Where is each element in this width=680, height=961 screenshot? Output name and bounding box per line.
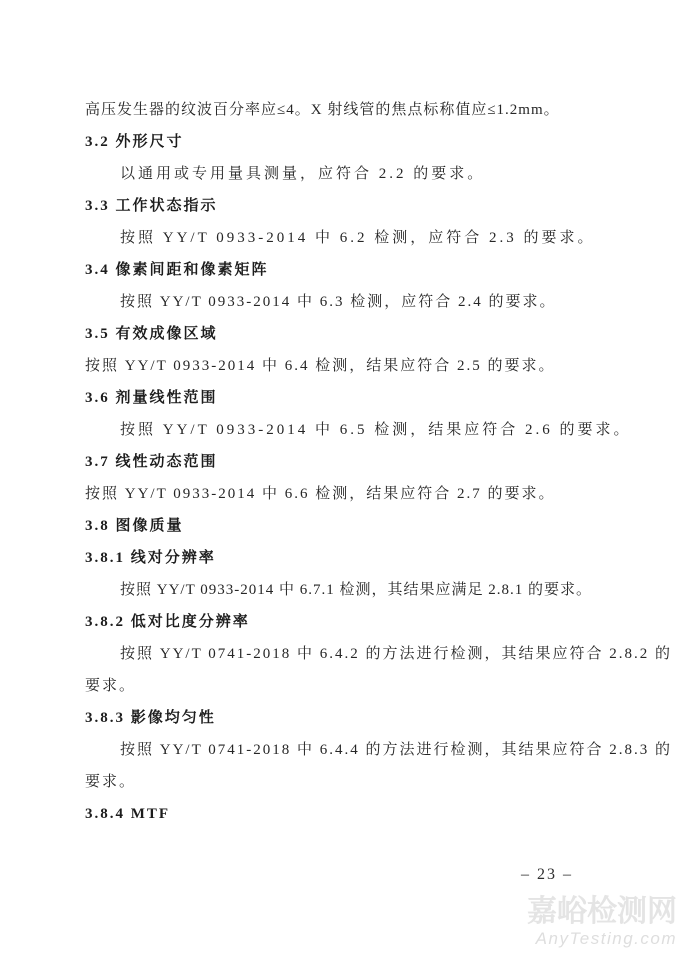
paragraph-3-8-1: 按照 YY/T 0933-2014 中 6.7.1 检测，其结果应满足 2.8.… bbox=[85, 574, 600, 606]
watermark: 嘉峪检测网 AnyTesting.com bbox=[527, 896, 677, 950]
paragraph-3-2: 以通用或专用量具测量，应符合 2.2 的要求。 bbox=[85, 158, 600, 190]
section-heading-3-8-3: 3.8.3 影像均匀性 bbox=[85, 702, 600, 734]
watermark-site-name: 嘉峪检测网 bbox=[527, 896, 677, 928]
paragraph-3-7: 按照 YY/T 0933-2014 中 6.6 检测，结果应符合 2.7 的要求… bbox=[85, 478, 600, 510]
section-heading-3-7: 3.7 线性动态范围 bbox=[85, 446, 600, 478]
section-heading-3-5: 3.5 有效成像区域 bbox=[85, 318, 600, 350]
paragraph-3-4: 按照 YY/T 0933-2014 中 6.3 检测，应符合 2.4 的要求。 bbox=[85, 286, 600, 318]
section-heading-3-3: 3.3 工作状态指示 bbox=[85, 190, 600, 222]
watermark-site-url: AnyTesting.com bbox=[527, 928, 677, 950]
section-heading-3-8-1: 3.8.1 线对分辨率 bbox=[85, 542, 600, 574]
paragraph-3-8-2: 按照 YY/T 0741-2018 中 6.4.2 的方法进行检测，其结果应符合… bbox=[85, 638, 600, 670]
paragraph-3-8-3-cont: 要求。 bbox=[85, 766, 600, 798]
section-heading-3-8-2: 3.8.2 低对比度分辨率 bbox=[85, 606, 600, 638]
document-body: 高压发生器的纹波百分率应≤4。X 射线管的焦点标称值应≤1.2mm。 3.2 外… bbox=[85, 94, 600, 830]
paragraph-3-3: 按照 YY/T 0933-2014 中 6.2 检测，应符合 2.3 的要求。 bbox=[85, 222, 600, 254]
paragraph-3-6: 按照 YY/T 0933-2014 中 6.5 检测，结果应符合 2.6 的要求… bbox=[85, 414, 600, 446]
document-page: 高压发生器的纹波百分率应≤4。X 射线管的焦点标称值应≤1.2mm。 3.2 外… bbox=[0, 0, 680, 961]
paragraph-3-8-2-cont: 要求。 bbox=[85, 670, 600, 702]
section-heading-3-4: 3.4 像素间距和像素矩阵 bbox=[85, 254, 600, 286]
page-number: – 23 – bbox=[521, 866, 573, 884]
section-heading-3-6: 3.6 剂量线性范围 bbox=[85, 382, 600, 414]
paragraph-intro: 高压发生器的纹波百分率应≤4。X 射线管的焦点标称值应≤1.2mm。 bbox=[85, 94, 600, 126]
section-heading-3-8: 3.8 图像质量 bbox=[85, 510, 600, 542]
section-heading-3-8-4: 3.8.4 MTF bbox=[85, 798, 600, 830]
paragraph-3-8-3: 按照 YY/T 0741-2018 中 6.4.4 的方法进行检测，其结果应符合… bbox=[85, 734, 600, 766]
section-heading-3-2: 3.2 外形尺寸 bbox=[85, 126, 600, 158]
paragraph-3-5: 按照 YY/T 0933-2014 中 6.4 检测，结果应符合 2.5 的要求… bbox=[85, 350, 600, 382]
